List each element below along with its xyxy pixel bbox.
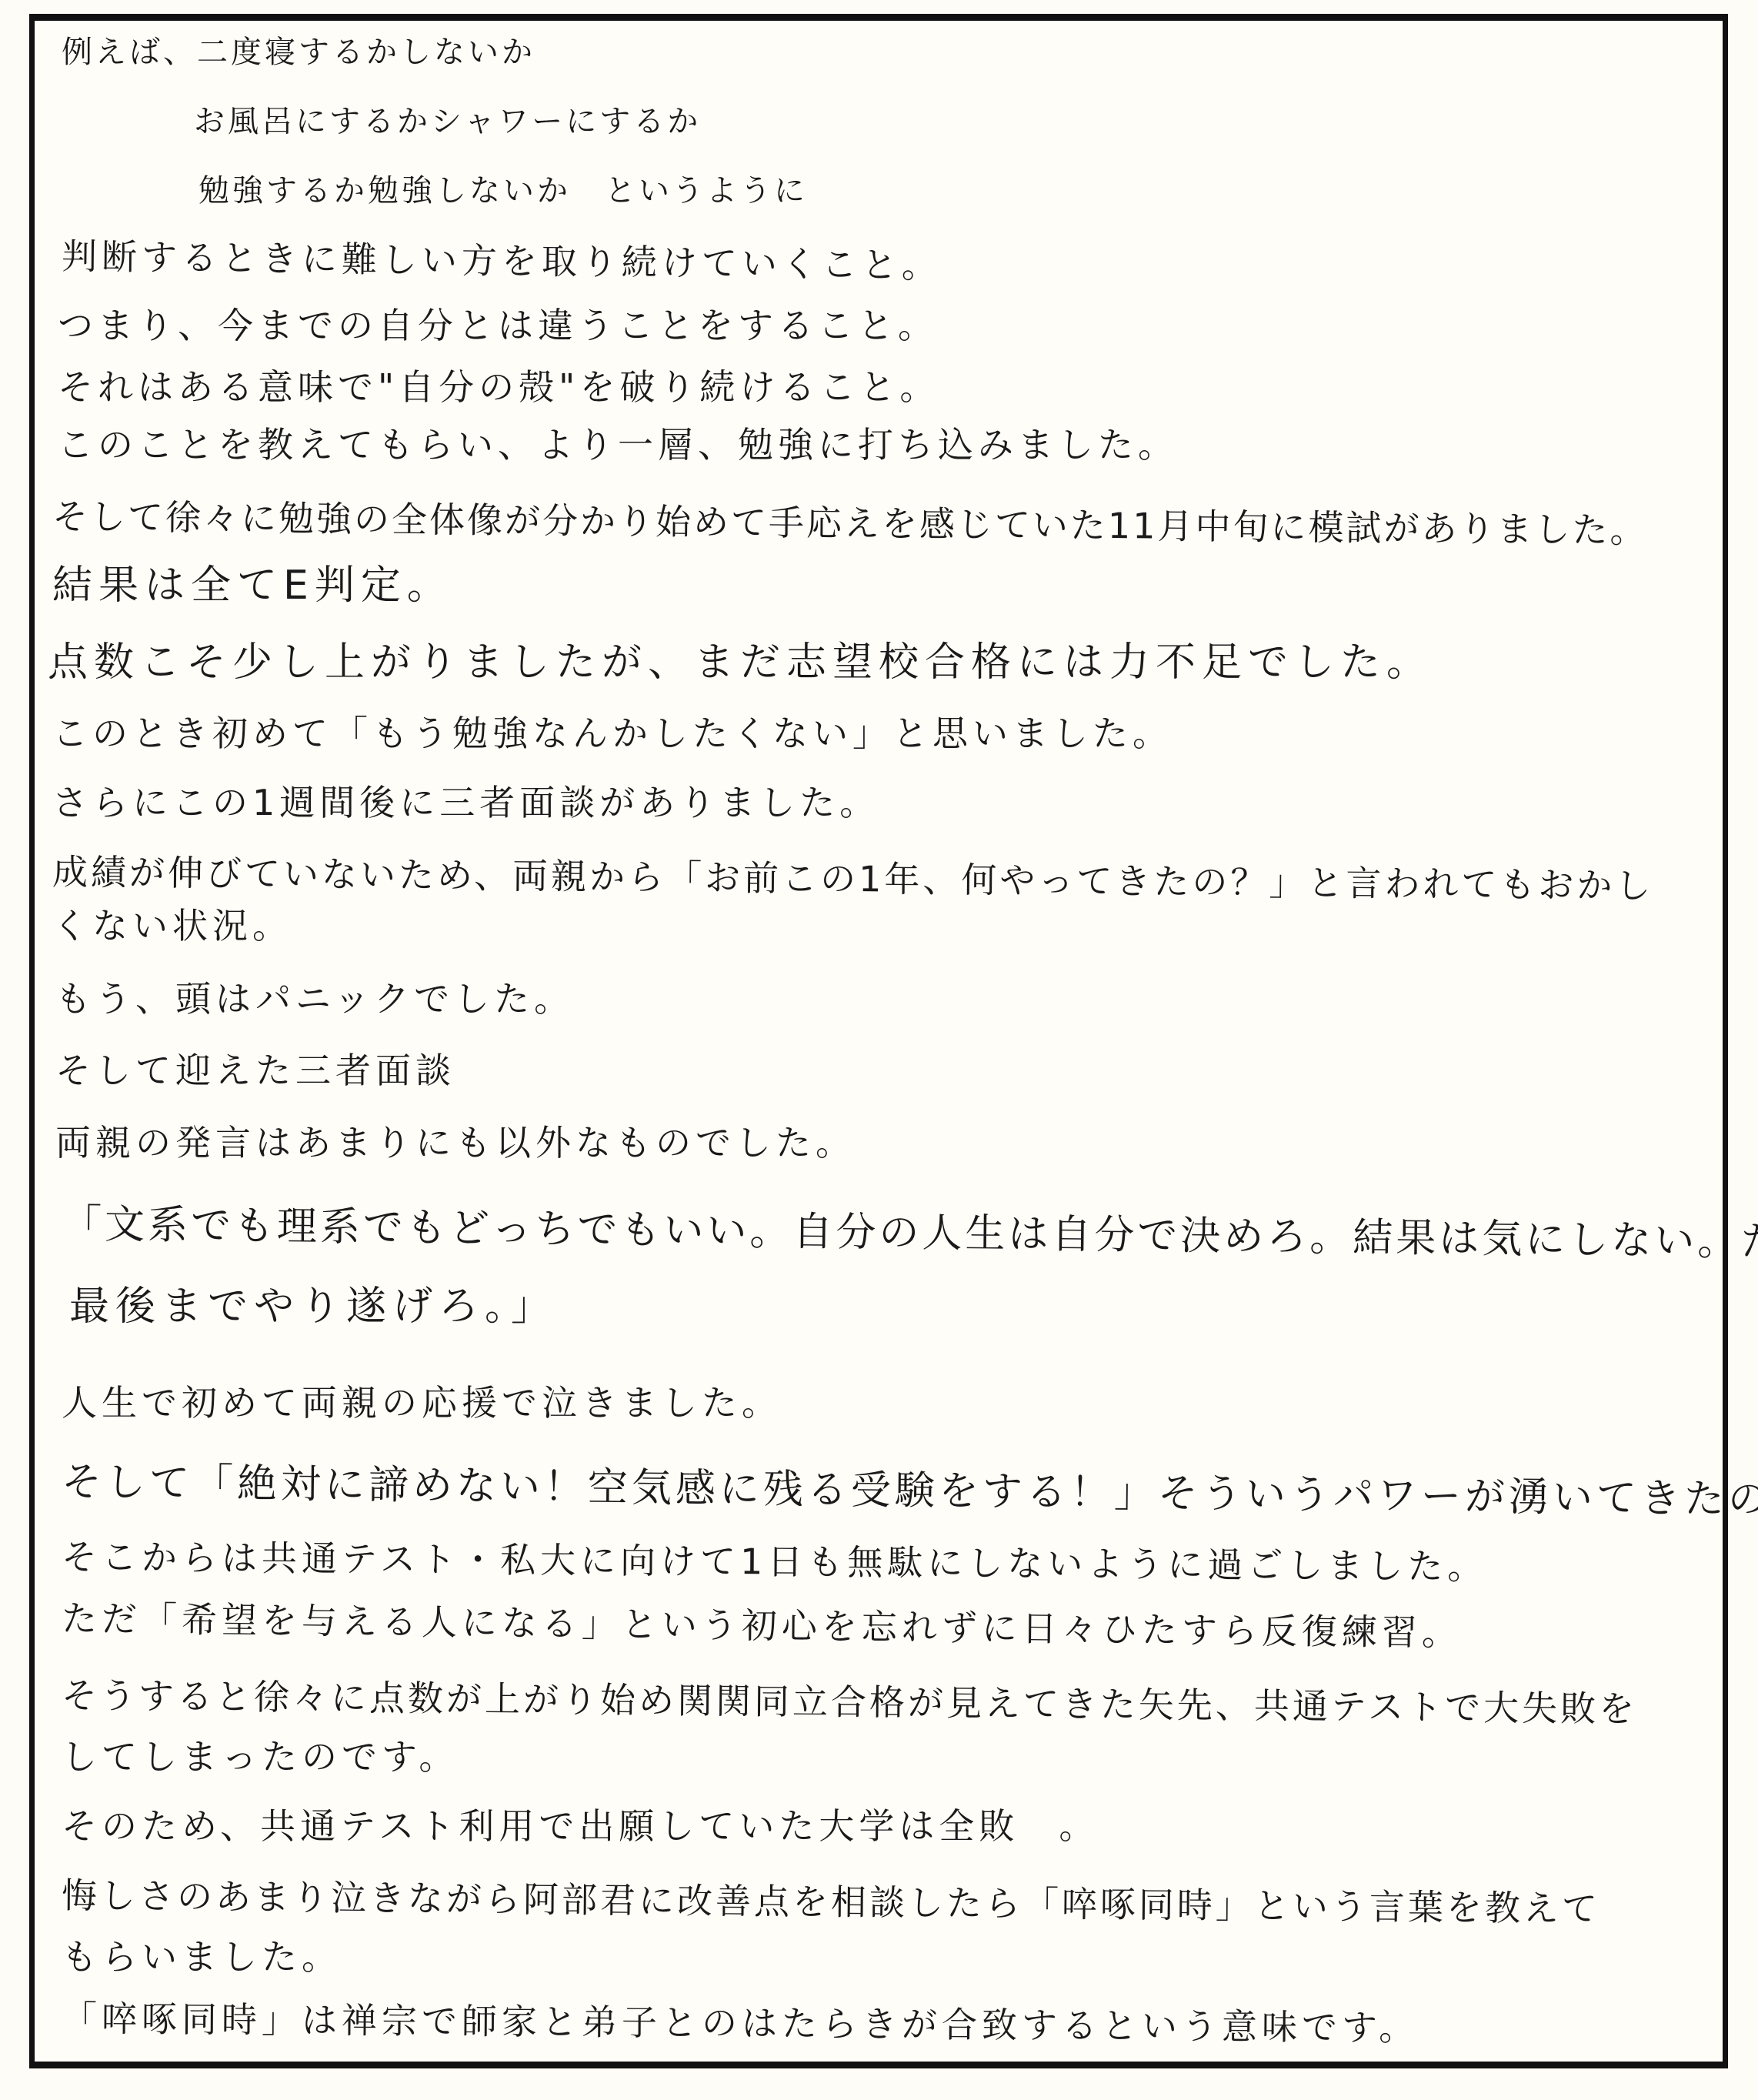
essay-line: 結果は全てE判定。 (52, 566, 453, 606)
essay-line: もらいました。 (62, 1939, 342, 1975)
essay-line: このことを教えてもらい、より一層、勉強に打ち込みました。 (58, 427, 1178, 462)
essay-line: それはある意味で"自分の殻"を破り続けること。 (58, 369, 939, 405)
essay-line: そのため、共通テスト利用で出願していた大学は全敗 。 (62, 1808, 1099, 1844)
essay-line: さらにこの1週間後に三者面談がありました。 (52, 785, 879, 820)
essay-line: そして迎えた三者面談 (55, 1053, 455, 1088)
essay-line: 判断するときに難しい方を取り続けていくこと。 (62, 239, 942, 283)
essay-line: 両親の発言はあまりにも以外なものでした。 (55, 1125, 856, 1160)
essay-line: このとき初めて「もう勉強なんかしたくない」と思いました。 (52, 716, 1173, 751)
essay-line: つまり、今までの自分とは違うことをすること。 (58, 308, 938, 343)
essay-line: してしまったのです。 (62, 1739, 459, 1774)
essay-line: 勉強するか勉強しないか というように (198, 175, 808, 206)
essay-line: お風呂にするかシャワーにするか (194, 106, 701, 137)
essay-line: そこからは共通テスト・私大に向けて1日も無駄にしないように過ごしました。 (62, 1539, 1488, 1584)
essay-line: 点数こそ少し上がりましたが、まだ志望校合格には力不足でした。 (48, 643, 1433, 683)
essay-line: 「啐啄同時」は禅宗で師家と弟子とのはたらきが合致するという意味です。 (62, 2001, 1419, 2045)
essay-line: 最後までやり遂げろ。」 (69, 1287, 557, 1327)
essay-line: くない状況。 (52, 908, 292, 943)
essay-line: もう、頭はパニックでした。 (55, 981, 574, 1017)
essay-line: 人生で初めて両親の応援で泣きました。 (62, 1385, 782, 1421)
essay-line: 例えば、二度寝するかしないか (62, 37, 535, 68)
